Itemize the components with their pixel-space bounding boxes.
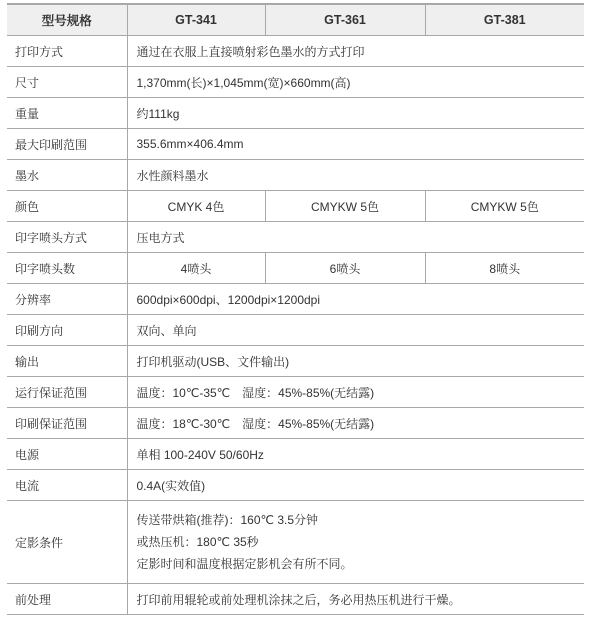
row-label: 最大印刷范围 xyxy=(7,129,127,160)
fixing-line-1: 传送带烘箱(推荐)：160℃ 3.5分钟 xyxy=(137,509,585,531)
fixing-line-3: 定影时间和温度根据定影机会有所不同。 xyxy=(137,553,585,575)
row-label: 印字喷头数 xyxy=(7,253,127,284)
color-gt381: CMYKW 5色 xyxy=(425,191,584,222)
row-label: 印刷方向 xyxy=(7,315,127,346)
header-model-spec: 型号规格 xyxy=(7,4,127,36)
row-label: 分辨率 xyxy=(7,284,127,315)
row-label: 电源 xyxy=(7,439,127,470)
row-label: 重量 xyxy=(7,98,127,129)
header-model-gt361: GT-361 xyxy=(265,4,425,36)
row-current: 电流 0.4A(实效值) xyxy=(7,470,584,501)
row-fixing: 定影条件 传送带烘箱(推荐)：160℃ 3.5分钟 或热压机：180℃ 35秒 … xyxy=(7,501,584,584)
header-model-gt381: GT-381 xyxy=(425,4,584,36)
row-value: 传送带烘箱(推荐)：160℃ 3.5分钟 或热压机：180℃ 35秒 定影时间和… xyxy=(127,501,584,584)
row-label: 印字喷头方式 xyxy=(7,222,127,253)
color-gt341: CMYK 4色 xyxy=(127,191,265,222)
fixing-line-2: 或热压机：180℃ 35秒 xyxy=(137,531,585,553)
row-ink: 墨水 水性颜料墨水 xyxy=(7,160,584,191)
head-count-gt361: 6喷头 xyxy=(265,253,425,284)
row-value: 温度：18℃-30℃ 湿度：45%-85%(无结露) xyxy=(127,408,584,439)
row-size: 尺寸 1,370mm(长)×1,045mm(宽)×660mm(高) xyxy=(7,67,584,98)
row-value: 水性颜料墨水 xyxy=(127,160,584,191)
row-value: 打印机驱动(USB、文件输出) xyxy=(127,346,584,377)
row-value: 1,370mm(长)×1,045mm(宽)×660mm(高) xyxy=(127,67,584,98)
row-power: 电源 单相 100-240V 50/60Hz xyxy=(7,439,584,470)
row-label: 颜色 xyxy=(7,191,127,222)
row-pretreatment: 前处理 打印前用辊轮或前处理机涂抹之后，务必用热压机进行干燥。 xyxy=(7,584,584,615)
row-value: 通过在衣服上直接喷射彩色墨水的方式打印 xyxy=(127,36,584,67)
row-max-print-area: 最大印刷范围 355.6mm×406.4mm xyxy=(7,129,584,160)
header-row: 型号规格 GT-341 GT-361 GT-381 xyxy=(7,4,584,36)
row-print-direction: 印刷方向 双向、单向 xyxy=(7,315,584,346)
row-label: 尺寸 xyxy=(7,67,127,98)
row-head-method: 印字喷头方式 压电方式 xyxy=(7,222,584,253)
row-operating-range: 运行保证范围 温度：10℃-35℃ 湿度：45%-85%(无结露) xyxy=(7,377,584,408)
row-weight: 重量 约111kg xyxy=(7,98,584,129)
row-value: 压电方式 xyxy=(127,222,584,253)
row-color: 颜色 CMYK 4色 CMYKW 5色 CMYKW 5色 xyxy=(7,191,584,222)
row-label: 定影条件 xyxy=(7,501,127,584)
row-value: 约111kg xyxy=(127,98,584,129)
row-value: 双向、单向 xyxy=(127,315,584,346)
row-printing-range: 印刷保证范围 温度：18℃-30℃ 湿度：45%-85%(无结露) xyxy=(7,408,584,439)
row-label: 运行保证范围 xyxy=(7,377,127,408)
color-gt361: CMYKW 5色 xyxy=(265,191,425,222)
row-resolution: 分辨率 600dpi×600dpi、1200dpi×1200dpi xyxy=(7,284,584,315)
row-head-count: 印字喷头数 4喷头 6喷头 8喷头 xyxy=(7,253,584,284)
row-value: 0.4A(实效值) xyxy=(127,470,584,501)
head-count-gt381: 8喷头 xyxy=(425,253,584,284)
row-output: 输出 打印机驱动(USB、文件输出) xyxy=(7,346,584,377)
row-label: 电流 xyxy=(7,470,127,501)
row-value: 600dpi×600dpi、1200dpi×1200dpi xyxy=(127,284,584,315)
row-label: 墨水 xyxy=(7,160,127,191)
head-count-gt341: 4喷头 xyxy=(127,253,265,284)
row-label: 印刷保证范围 xyxy=(7,408,127,439)
row-print-method: 打印方式 通过在衣服上直接喷射彩色墨水的方式打印 xyxy=(7,36,584,67)
row-label: 前处理 xyxy=(7,584,127,615)
row-value: 单相 100-240V 50/60Hz xyxy=(127,439,584,470)
row-label: 打印方式 xyxy=(7,36,127,67)
spec-table: 型号规格 GT-341 GT-361 GT-381 打印方式 通过在衣服上直接喷… xyxy=(7,3,584,615)
row-value: 打印前用辊轮或前处理机涂抹之后，务必用热压机进行干燥。 xyxy=(127,584,584,615)
row-label: 输出 xyxy=(7,346,127,377)
row-value: 355.6mm×406.4mm xyxy=(127,129,584,160)
row-value: 温度：10℃-35℃ 湿度：45%-85%(无结露) xyxy=(127,377,584,408)
header-model-gt341: GT-341 xyxy=(127,4,265,36)
